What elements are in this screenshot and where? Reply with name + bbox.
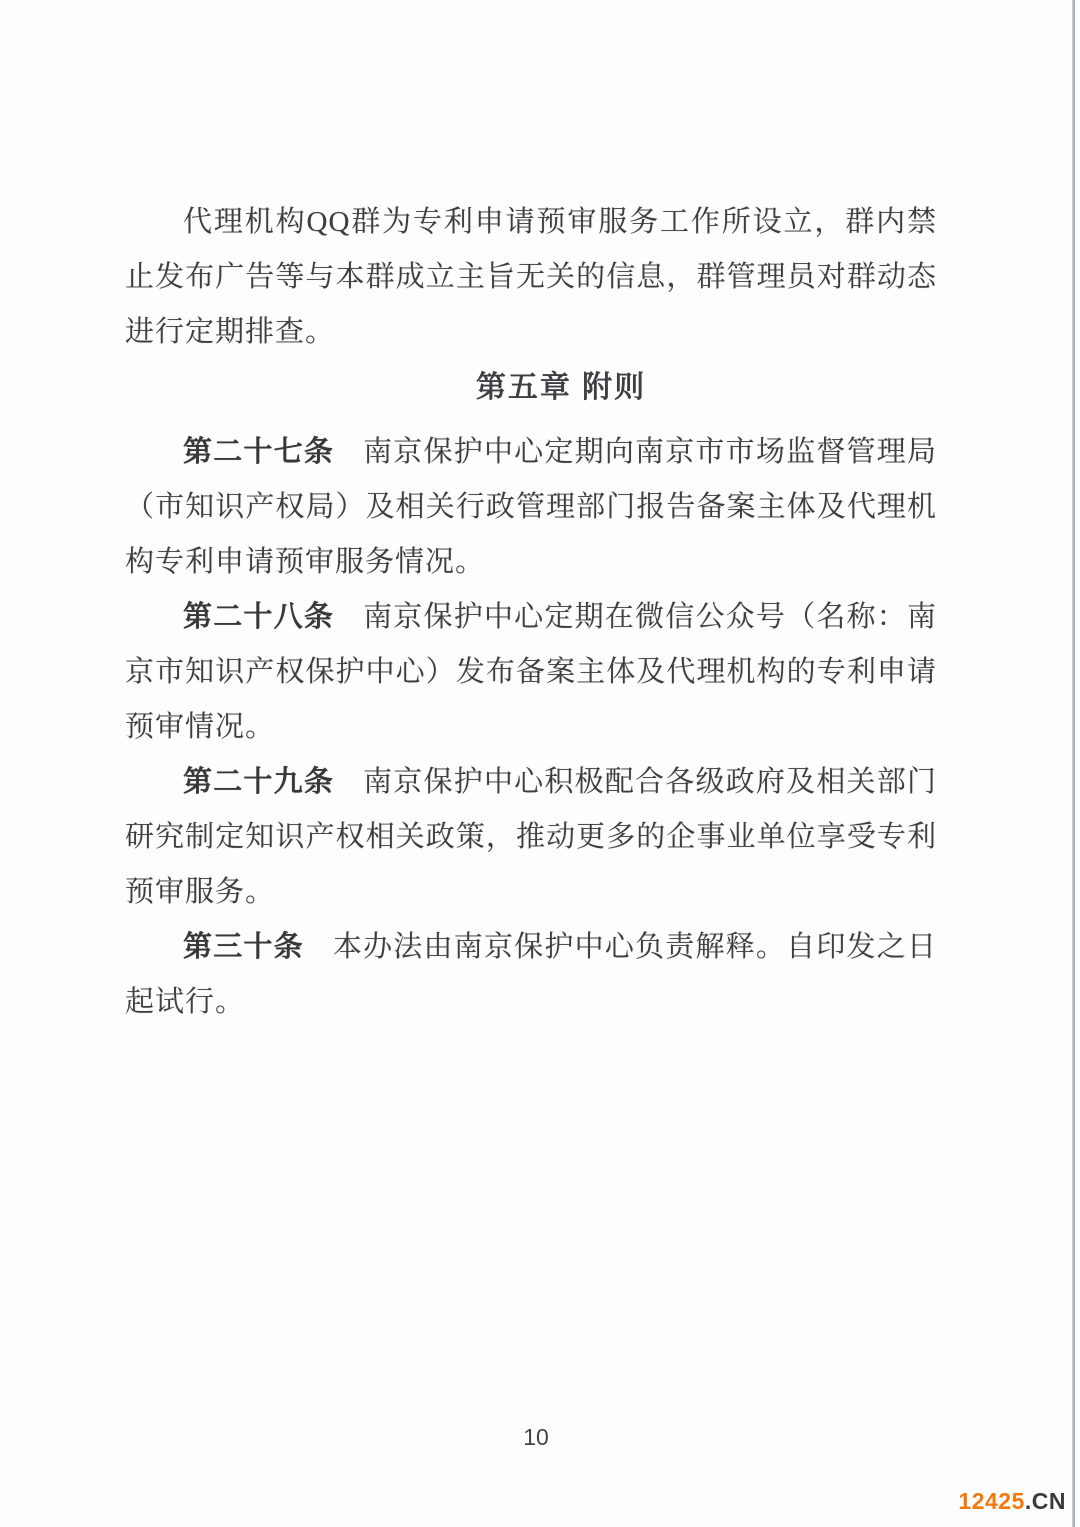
chapter-heading: 第五章 附则 xyxy=(125,360,937,415)
intro-paragraph: 代理机构QQ群为专利申请预审服务工作所设立，群内禁止发布广告等与本群成立主旨无关… xyxy=(125,195,937,360)
article-paragraph: 第二十八条南京保护中心定期在微信公众号（名称：南京市知识产权保护中心）发布备案主… xyxy=(125,590,937,755)
site-watermark: 12425.CN xyxy=(958,1488,1066,1515)
document-body: 代理机构QQ群为专利申请预审服务工作所设立，群内禁止发布广告等与本群成立主旨无关… xyxy=(125,195,937,1030)
watermark-suffix: .CN xyxy=(1025,1488,1066,1514)
article-number: 第三十条 xyxy=(183,931,304,963)
article-number: 第二十九条 xyxy=(183,766,334,798)
article-paragraph: 第二十七条南京保护中心定期向南京市市场监督管理局（市知识产权局）及相关行政管理部… xyxy=(125,425,937,590)
scanned-document-page: 代理机构QQ群为专利申请预审服务工作所设立，群内禁止发布广告等与本群成立主旨无关… xyxy=(0,0,1080,1527)
page-number: 10 xyxy=(0,1424,1072,1451)
article-number: 第二十八条 xyxy=(183,601,334,633)
watermark-primary: 12425 xyxy=(958,1488,1024,1514)
scan-edge-line xyxy=(1072,0,1075,1527)
article-paragraph: 第二十九条南京保护中心积极配合各级政府及相关部门研究制定知识产权相关政策，推动更… xyxy=(125,755,937,920)
article-paragraph: 第三十条本办法由南京保护中心负责解释。自印发之日起试行。 xyxy=(125,920,937,1030)
article-number: 第二十七条 xyxy=(183,436,334,468)
articles-section: 第二十七条南京保护中心定期向南京市市场监督管理局（市知识产权局）及相关行政管理部… xyxy=(125,425,937,1030)
